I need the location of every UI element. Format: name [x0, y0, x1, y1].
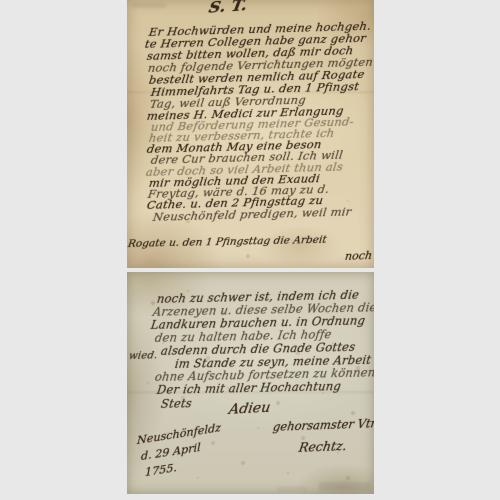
pencil-mark: [132, 3, 166, 8]
page-2: noch zu schwer ist, indem ich die Arzene…: [127, 272, 374, 494]
page-1: S. T. Er Hochwürden und meine hochgeh. t…: [127, 0, 374, 268]
dateline-place: Neuschönfeldz: [137, 421, 221, 447]
salutation-abbrev: S. T.: [207, 0, 249, 17]
manuscript-line: Der ich mit aller Hochachtung: [156, 379, 342, 397]
pencil-smudge: [277, 486, 307, 492]
short-close: Stets: [160, 396, 193, 411]
inserted-word: wied.: [128, 350, 158, 362]
foxing-specks: [127, 272, 129, 274]
pencil-smudge: [319, 482, 371, 491]
foxing-specks: [127, 0, 129, 2]
closing-formula: gehorsamster Vtr.: [272, 416, 374, 434]
manuscript-photo: S. T. Er Hochwürden und meine hochgeh. t…: [0, 0, 500, 500]
catchword: noch: [344, 249, 373, 263]
dateline-year: 1755.: [145, 461, 177, 479]
margin-note: Rogate u. den 1 Pfingsttag die Arbeit: [127, 234, 327, 250]
signature: Rechtz.: [298, 438, 348, 455]
valediction: Adieu: [228, 400, 272, 418]
